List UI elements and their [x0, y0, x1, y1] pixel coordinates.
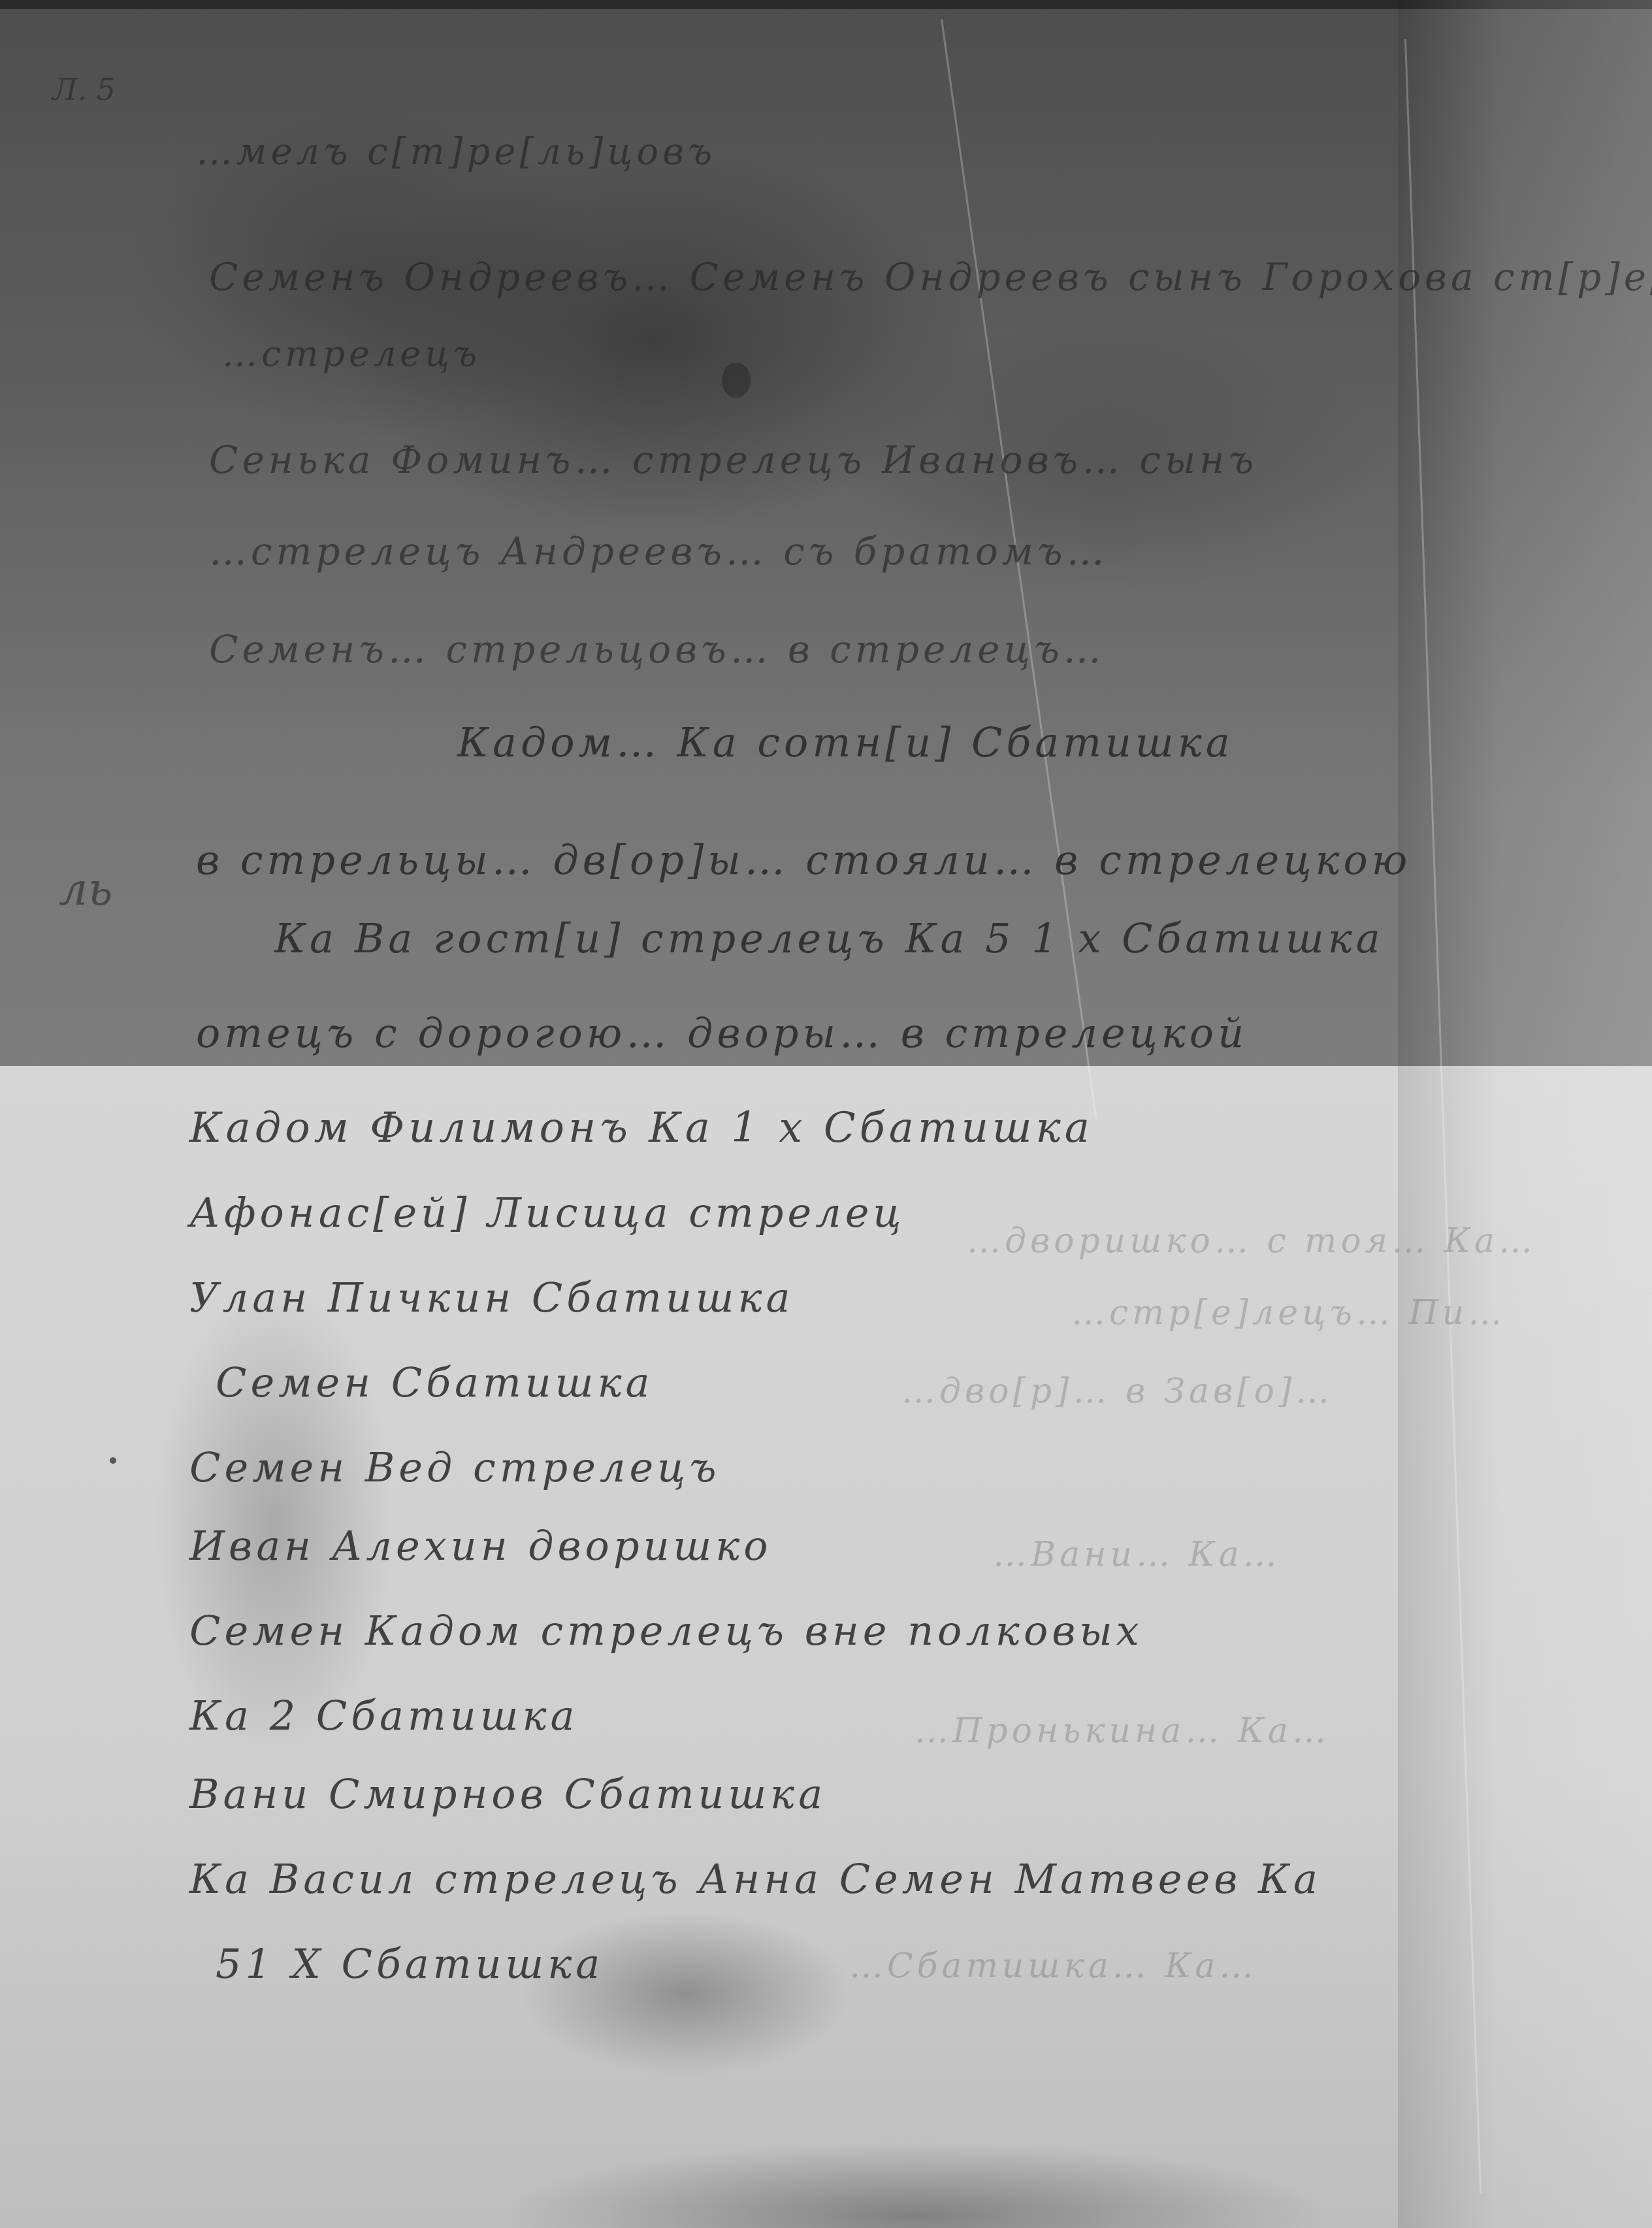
text-line: Улан Пичкин Сбатишка — [189, 1274, 794, 1321]
bleed-through-line: …дворишко… с тоя… Ка… — [967, 1221, 1536, 1261]
text-line: Семен Кадом стрелецъ вне полковых — [189, 1607, 1143, 1655]
text-line: отецъ с дорогою… дворы… в стрелецкой — [196, 1009, 1248, 1057]
text-line: …стрелецъ — [222, 333, 481, 374]
text-line: Кадом Филимонъ Ка 1 х Сбатишка — [189, 1104, 1093, 1152]
text-line: Ка Васил стрелецъ Анна Семен Матвеев Ка — [189, 1855, 1321, 1903]
bleed-through-line: …Сбатишка… Ка… — [849, 1946, 1257, 1986]
text-line: 51 Х Сбатишка — [216, 1940, 604, 1988]
text-line: Семенъ Ондреевъ… Семенъ Ондреевъ сынъ Го… — [209, 255, 1652, 299]
text-line: Сенька Фоминъ… стрелецъ Ивановъ… сынъ — [209, 438, 1257, 482]
text-line: Семен Сбатишка — [216, 1359, 653, 1406]
text-line: Семен Вед стрелецъ — [189, 1444, 721, 1491]
manuscript-page: Л. 5 ль …дворишко… с тоя… Ка… …стр[е]лец… — [0, 0, 1652, 2228]
text-line: в стрельцы… дв[ор]ы… стояли… в стрелецко… — [196, 836, 1411, 884]
bleed-through-line: …Пронькина… Ка… — [915, 1711, 1330, 1751]
text-line: Семенъ… стрельцовъ… в стрелецъ… — [209, 627, 1105, 671]
text-line: Ка 2 Сбатишка — [189, 1692, 579, 1739]
text-line: …мелъ с[т]ре[ль]цовъ — [196, 131, 716, 173]
text-line: Ка Ва гост[и] стрелецъ Ка 5 1 х Сбатишка — [274, 914, 1384, 962]
text-line: Кадом… Ка сотн[и] Сбатишка — [457, 718, 1234, 766]
text-line: Иван Алехин дворишко — [189, 1522, 772, 1570]
text-line: Афонас[ей] Лисица стрелец — [189, 1189, 905, 1236]
bleed-through-line: …Вани… Ка… — [993, 1535, 1281, 1574]
bleed-through-line: …дво[р]… в Зав[о]… — [901, 1372, 1333, 1411]
bleed-through-line: …стр[е]лецъ… Пи… — [1071, 1293, 1506, 1332]
manuscript-text: …дворишко… с тоя… Ка… …стр[е]лецъ… Пи… …… — [0, 0, 1652, 2228]
text-line: …стрелецъ Андреевъ… съ братомъ… — [209, 529, 1109, 573]
text-line: Вани Смирнов Сбатишка — [189, 1770, 826, 1818]
